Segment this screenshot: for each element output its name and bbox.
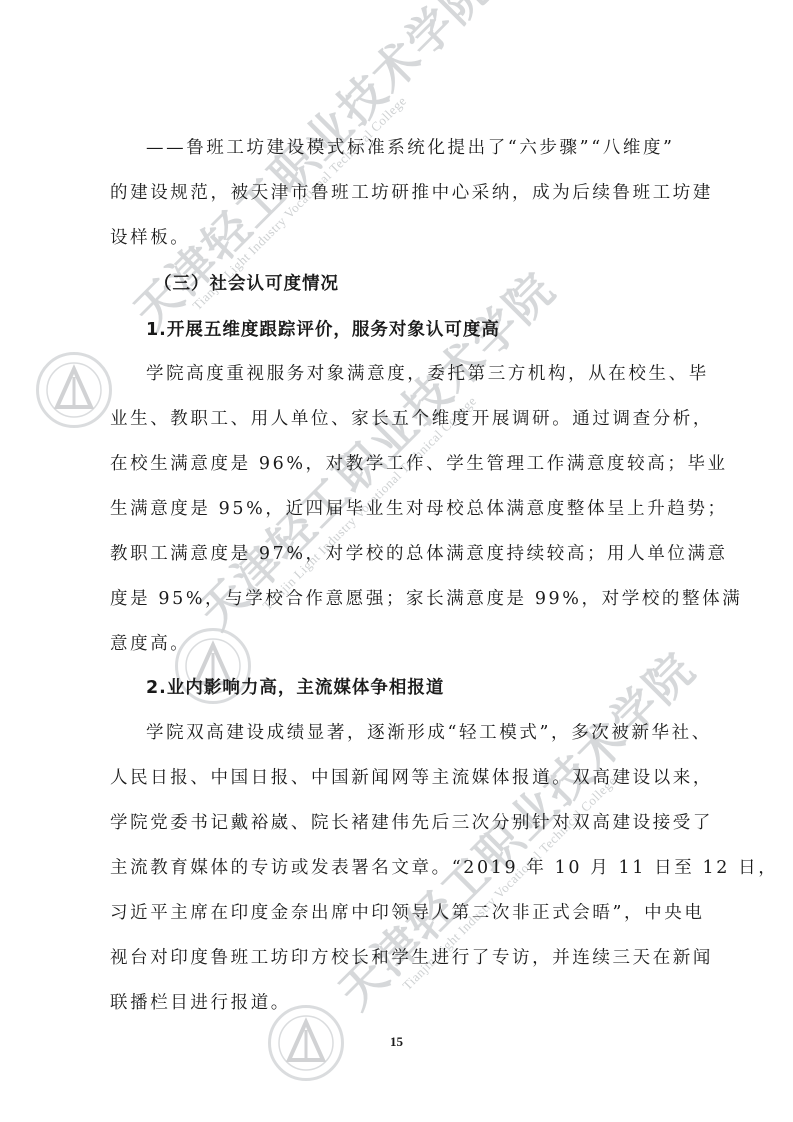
body-line: 学院高度重视服务对象满意度，委托第三方机构，从在校生、毕 <box>146 362 709 386</box>
section-heading: （三）社会认可度情况 <box>154 272 339 296</box>
body-line: 的建设规范，被天津市鲁班工坊研推中心采纳，成为后续鲁班工坊建 <box>110 181 713 205</box>
document-page: 天津轻工职业技术学院 Tianjin Light Industry Vocati… <box>0 0 793 1122</box>
body-line: 业生、教职工、用人单位、家长五个维度开展调研。通过调查分析， <box>110 407 713 431</box>
body-line: 学院双高建设成绩显著，逐渐形成“轻工模式”，多次被新华社、 <box>146 721 712 745</box>
body-line: ——鲁班工坊建设模式标准系统化提出了“六步骤”“八维度” <box>146 136 675 160</box>
page-number: 15 <box>0 1034 793 1050</box>
body-line: 主流教育媒体的专访或发表署名文章。“2019 年 10 月 11 日至 12 日… <box>110 856 778 880</box>
sub-heading: 1.开展五维度跟踪评价，服务对象认可度高 <box>146 318 500 342</box>
college-emblem-icon <box>39 355 109 425</box>
body-line: 设样板。 <box>110 226 190 250</box>
body-line: 意度高。 <box>110 632 190 656</box>
body-line: 人民日报、中国日报、中国新闻网等主流媒体报道。双高建设以来， <box>110 766 713 790</box>
seal-logo-left <box>36 352 112 428</box>
watermark-text-middle: 天津轻工职业技术学院 <box>182 255 568 641</box>
body-line: 生满意度是 95%，近四届毕业生对母校总体满意度整体呈上升趋势； <box>110 497 728 521</box>
body-line: 度是 95%，与学校合作意愿强；家长满意度是 99%，对学校的整体满 <box>110 587 742 611</box>
body-line: 在校生满意度是 96%，对教学工作、学生管理工作满意度较高；毕业 <box>110 452 728 476</box>
body-line: 学院党委书记戴裕崴、院长褚建伟先后三次分别针对双高建设接受了 <box>110 811 713 835</box>
body-line: 教职工满意度是 97%，对学校的总体满意度持续较高；用人单位满意 <box>110 542 728 566</box>
body-line: 联播栏目进行报道。 <box>110 991 291 1015</box>
sub-heading: 2.业内影响力高，主流媒体争相报道 <box>146 676 444 700</box>
body-line: 视台对印度鲁班工坊印方校长和学生进行了专访，并连续三天在新闻 <box>110 946 713 970</box>
body-line: 习近平主席在印度金奈出席中印领导人第二次非正式会晤”，中央电 <box>110 901 704 925</box>
